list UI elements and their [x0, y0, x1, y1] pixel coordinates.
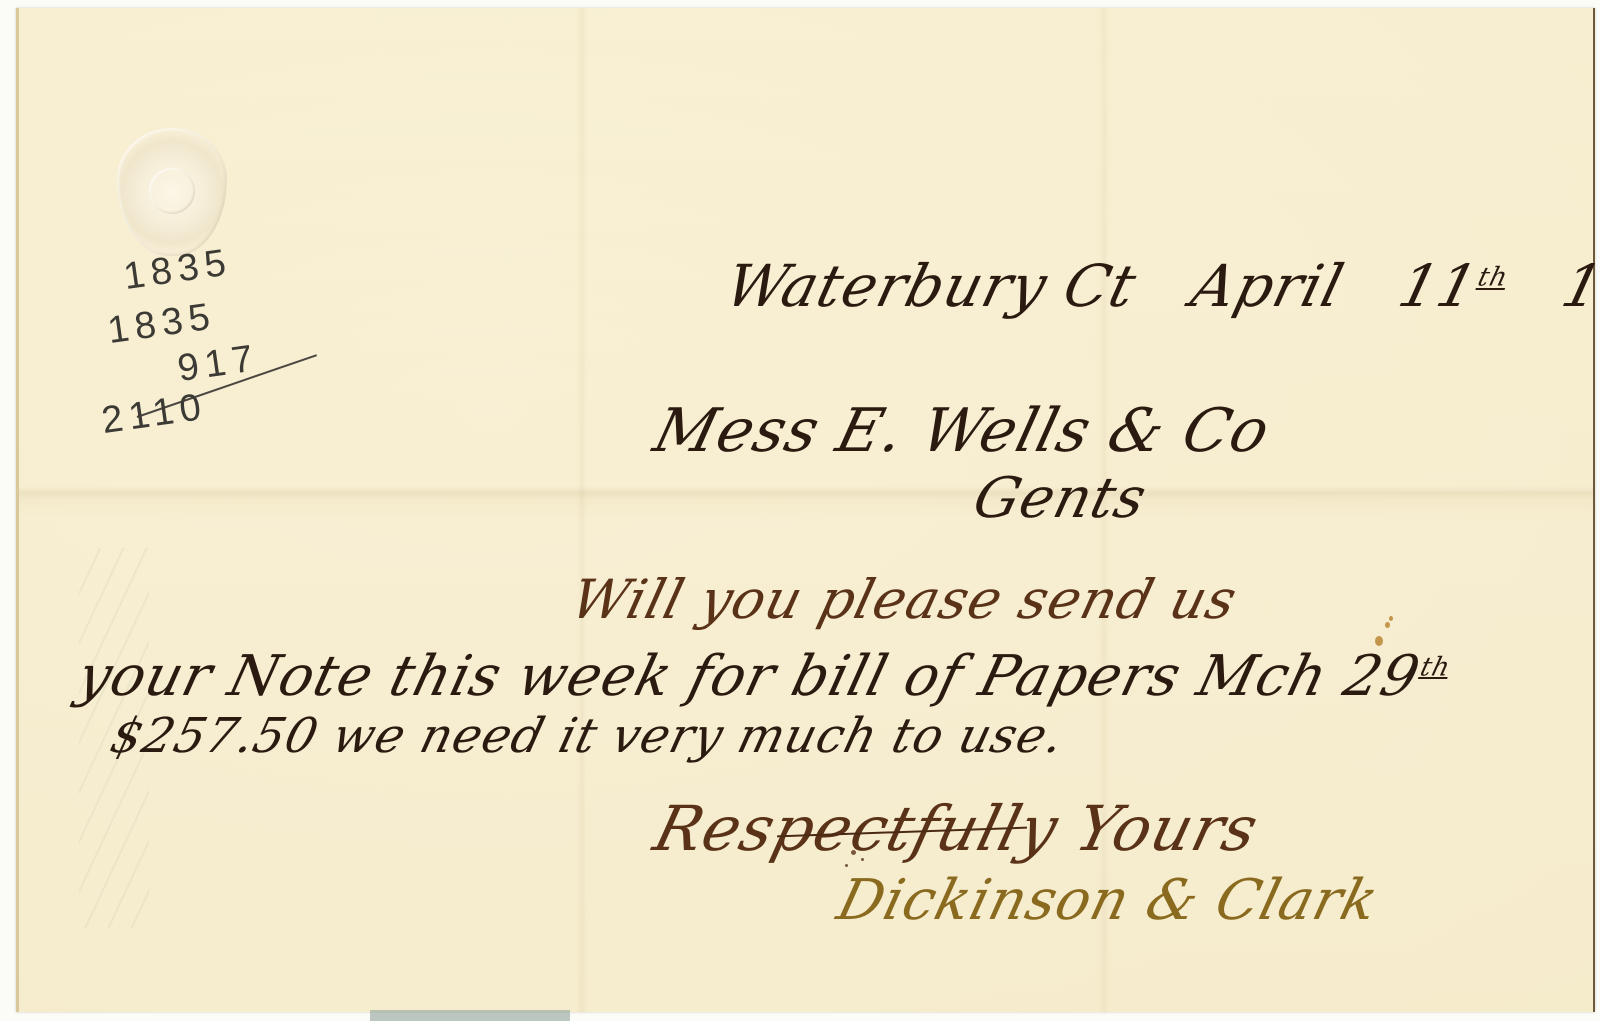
ink-spot — [1375, 636, 1383, 646]
scan-backing-edge — [370, 1010, 570, 1021]
salutation: Gents — [967, 466, 1153, 531]
margin-calc-total: 2110 — [99, 386, 210, 443]
place: Waterbury Ct — [719, 252, 1144, 320]
ink-spot — [845, 864, 848, 867]
body-line-1: Will you please send us — [565, 568, 1244, 631]
vertical-fold-line — [577, 8, 587, 1012]
date-day: 11 — [1392, 252, 1485, 320]
addressee: Mess E. Wells & Co — [647, 396, 1277, 466]
ink-spot — [1385, 622, 1390, 628]
ink-spot — [1389, 616, 1393, 621]
place-and-date: Waterbury Ct April 11th 1871 — [719, 252, 1600, 320]
ink-spot — [851, 850, 856, 855]
signature: Dickinson & Clark — [831, 868, 1385, 933]
body-line-2-text: your Note this week for bill of Papers M… — [71, 644, 1427, 709]
margin-calc-line-1: 1835 — [121, 241, 234, 299]
body-line-3: $257.50 we need it very much to use. — [105, 708, 1070, 764]
body-line-2-suffix: th — [1417, 652, 1454, 682]
horizontal-fold-line — [19, 486, 1593, 500]
document-scan: 1835 1835 917 2110 Waterbury Ct April 11… — [0, 0, 1600, 1021]
letter-paper: 1835 1835 917 2110 Waterbury Ct April 11… — [16, 8, 1595, 1012]
embossed-seal-icon — [117, 128, 227, 256]
margin-calc-line-3: 917 — [175, 337, 262, 391]
body-line-2: your Note this week for bill of Papers M… — [71, 644, 1456, 709]
embossed-seal-center — [149, 168, 195, 214]
ink-spot — [861, 858, 864, 861]
date-month: April — [1185, 252, 1351, 320]
date-year: 1871 — [1555, 252, 1600, 320]
date-day-suffix: th — [1475, 263, 1512, 293]
